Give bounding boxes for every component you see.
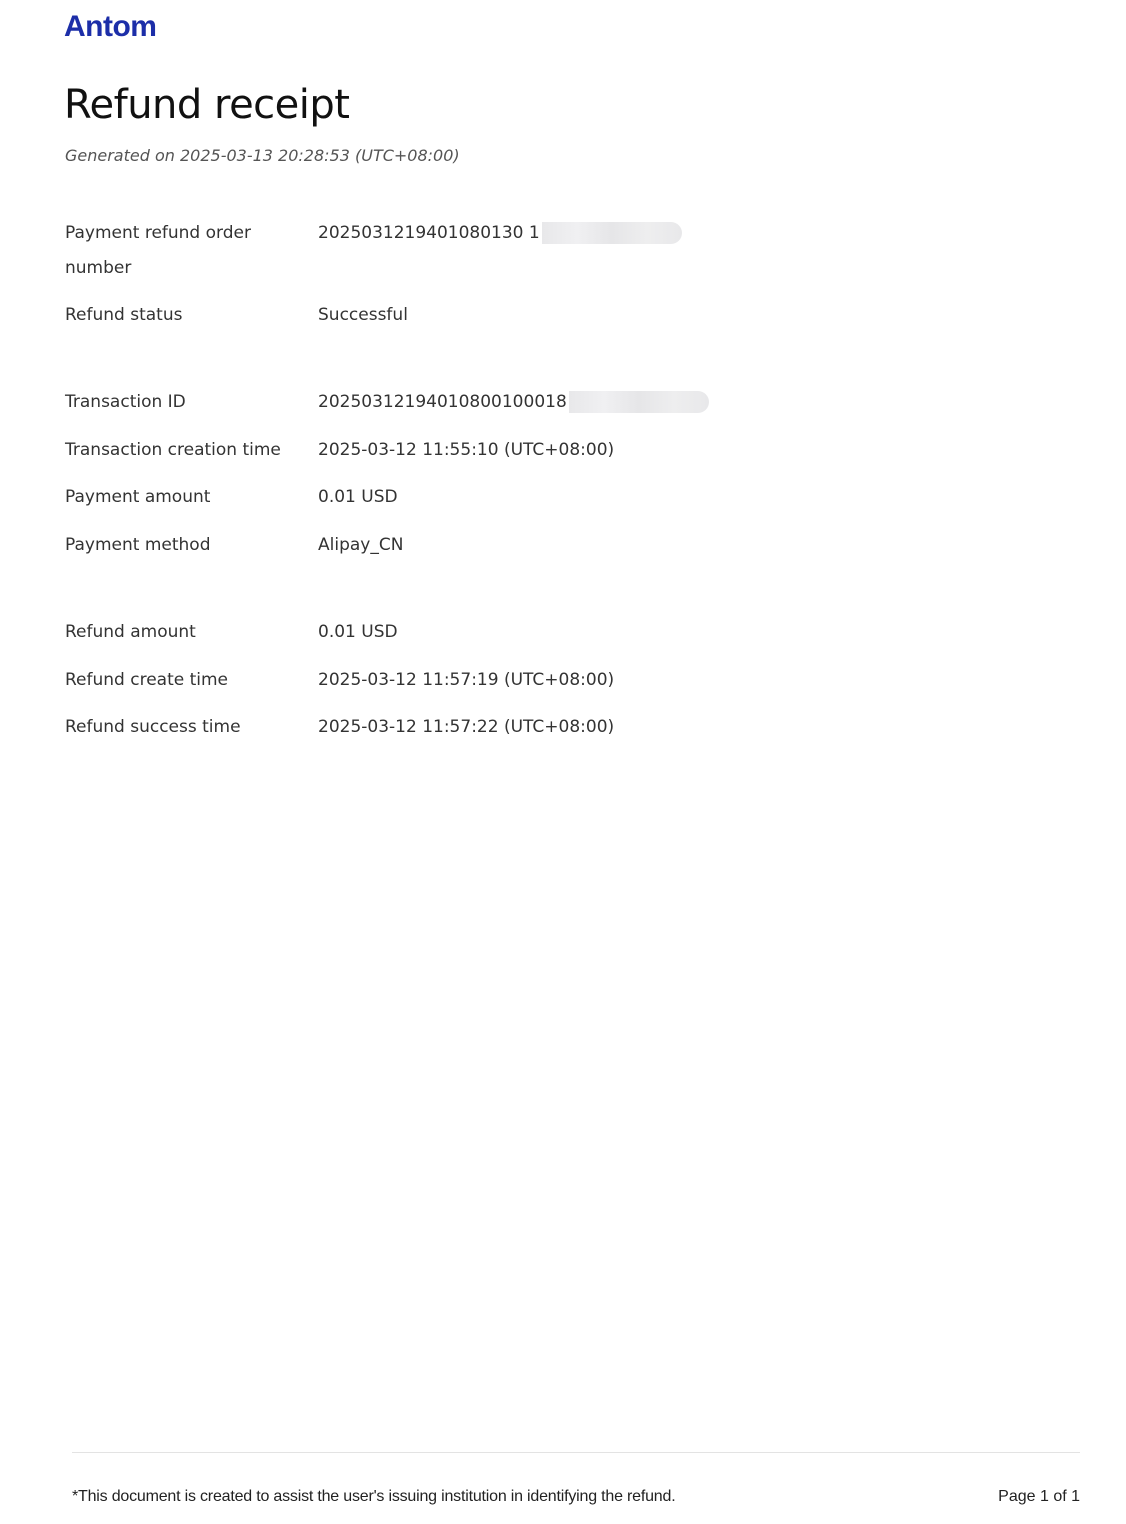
field-value: 2025031219401080130 1 (318, 216, 682, 251)
field-value: 2025-03-12 11:57:22 (UTC+08:00) (318, 710, 614, 745)
field-value: Successful (318, 298, 408, 333)
field-value: Alipay_CN (318, 528, 403, 563)
field-value: 0.01 USD (318, 615, 398, 650)
redaction-mask (542, 222, 682, 244)
footer-disclaimer: *This document is created to assist the … (72, 1488, 675, 1506)
antom-logo: Antom (64, 10, 156, 44)
field-value: 20250312194010800100018 (318, 385, 709, 420)
footer-divider (72, 1452, 1080, 1453)
field-value: 2025-03-12 11:55:10 (UTC+08:00) (318, 433, 614, 468)
field-label: Payment method (65, 528, 285, 563)
field-value: 2025-03-12 11:57:19 (UTC+08:00) (318, 663, 614, 698)
brand-name: Antom (64, 10, 156, 44)
field-label: Payment amount (65, 480, 285, 515)
generated-timestamp: Generated on 2025-03-13 20:28:53 (UTC+08… (65, 146, 460, 165)
field-label: Payment refund order number (65, 216, 285, 286)
field-label: Transaction ID (65, 385, 285, 420)
page-number: Page 1 of 1 (998, 1488, 1080, 1506)
field-label: Refund status (65, 298, 285, 333)
field-label: Refund create time (65, 663, 285, 698)
field-label: Refund amount (65, 615, 285, 650)
field-label: Refund success time (65, 710, 285, 745)
field-value: 0.01 USD (318, 480, 398, 515)
page-title: Refund receipt (64, 82, 349, 128)
field-label: Transaction creation time (65, 433, 285, 468)
redaction-mask (569, 391, 709, 413)
